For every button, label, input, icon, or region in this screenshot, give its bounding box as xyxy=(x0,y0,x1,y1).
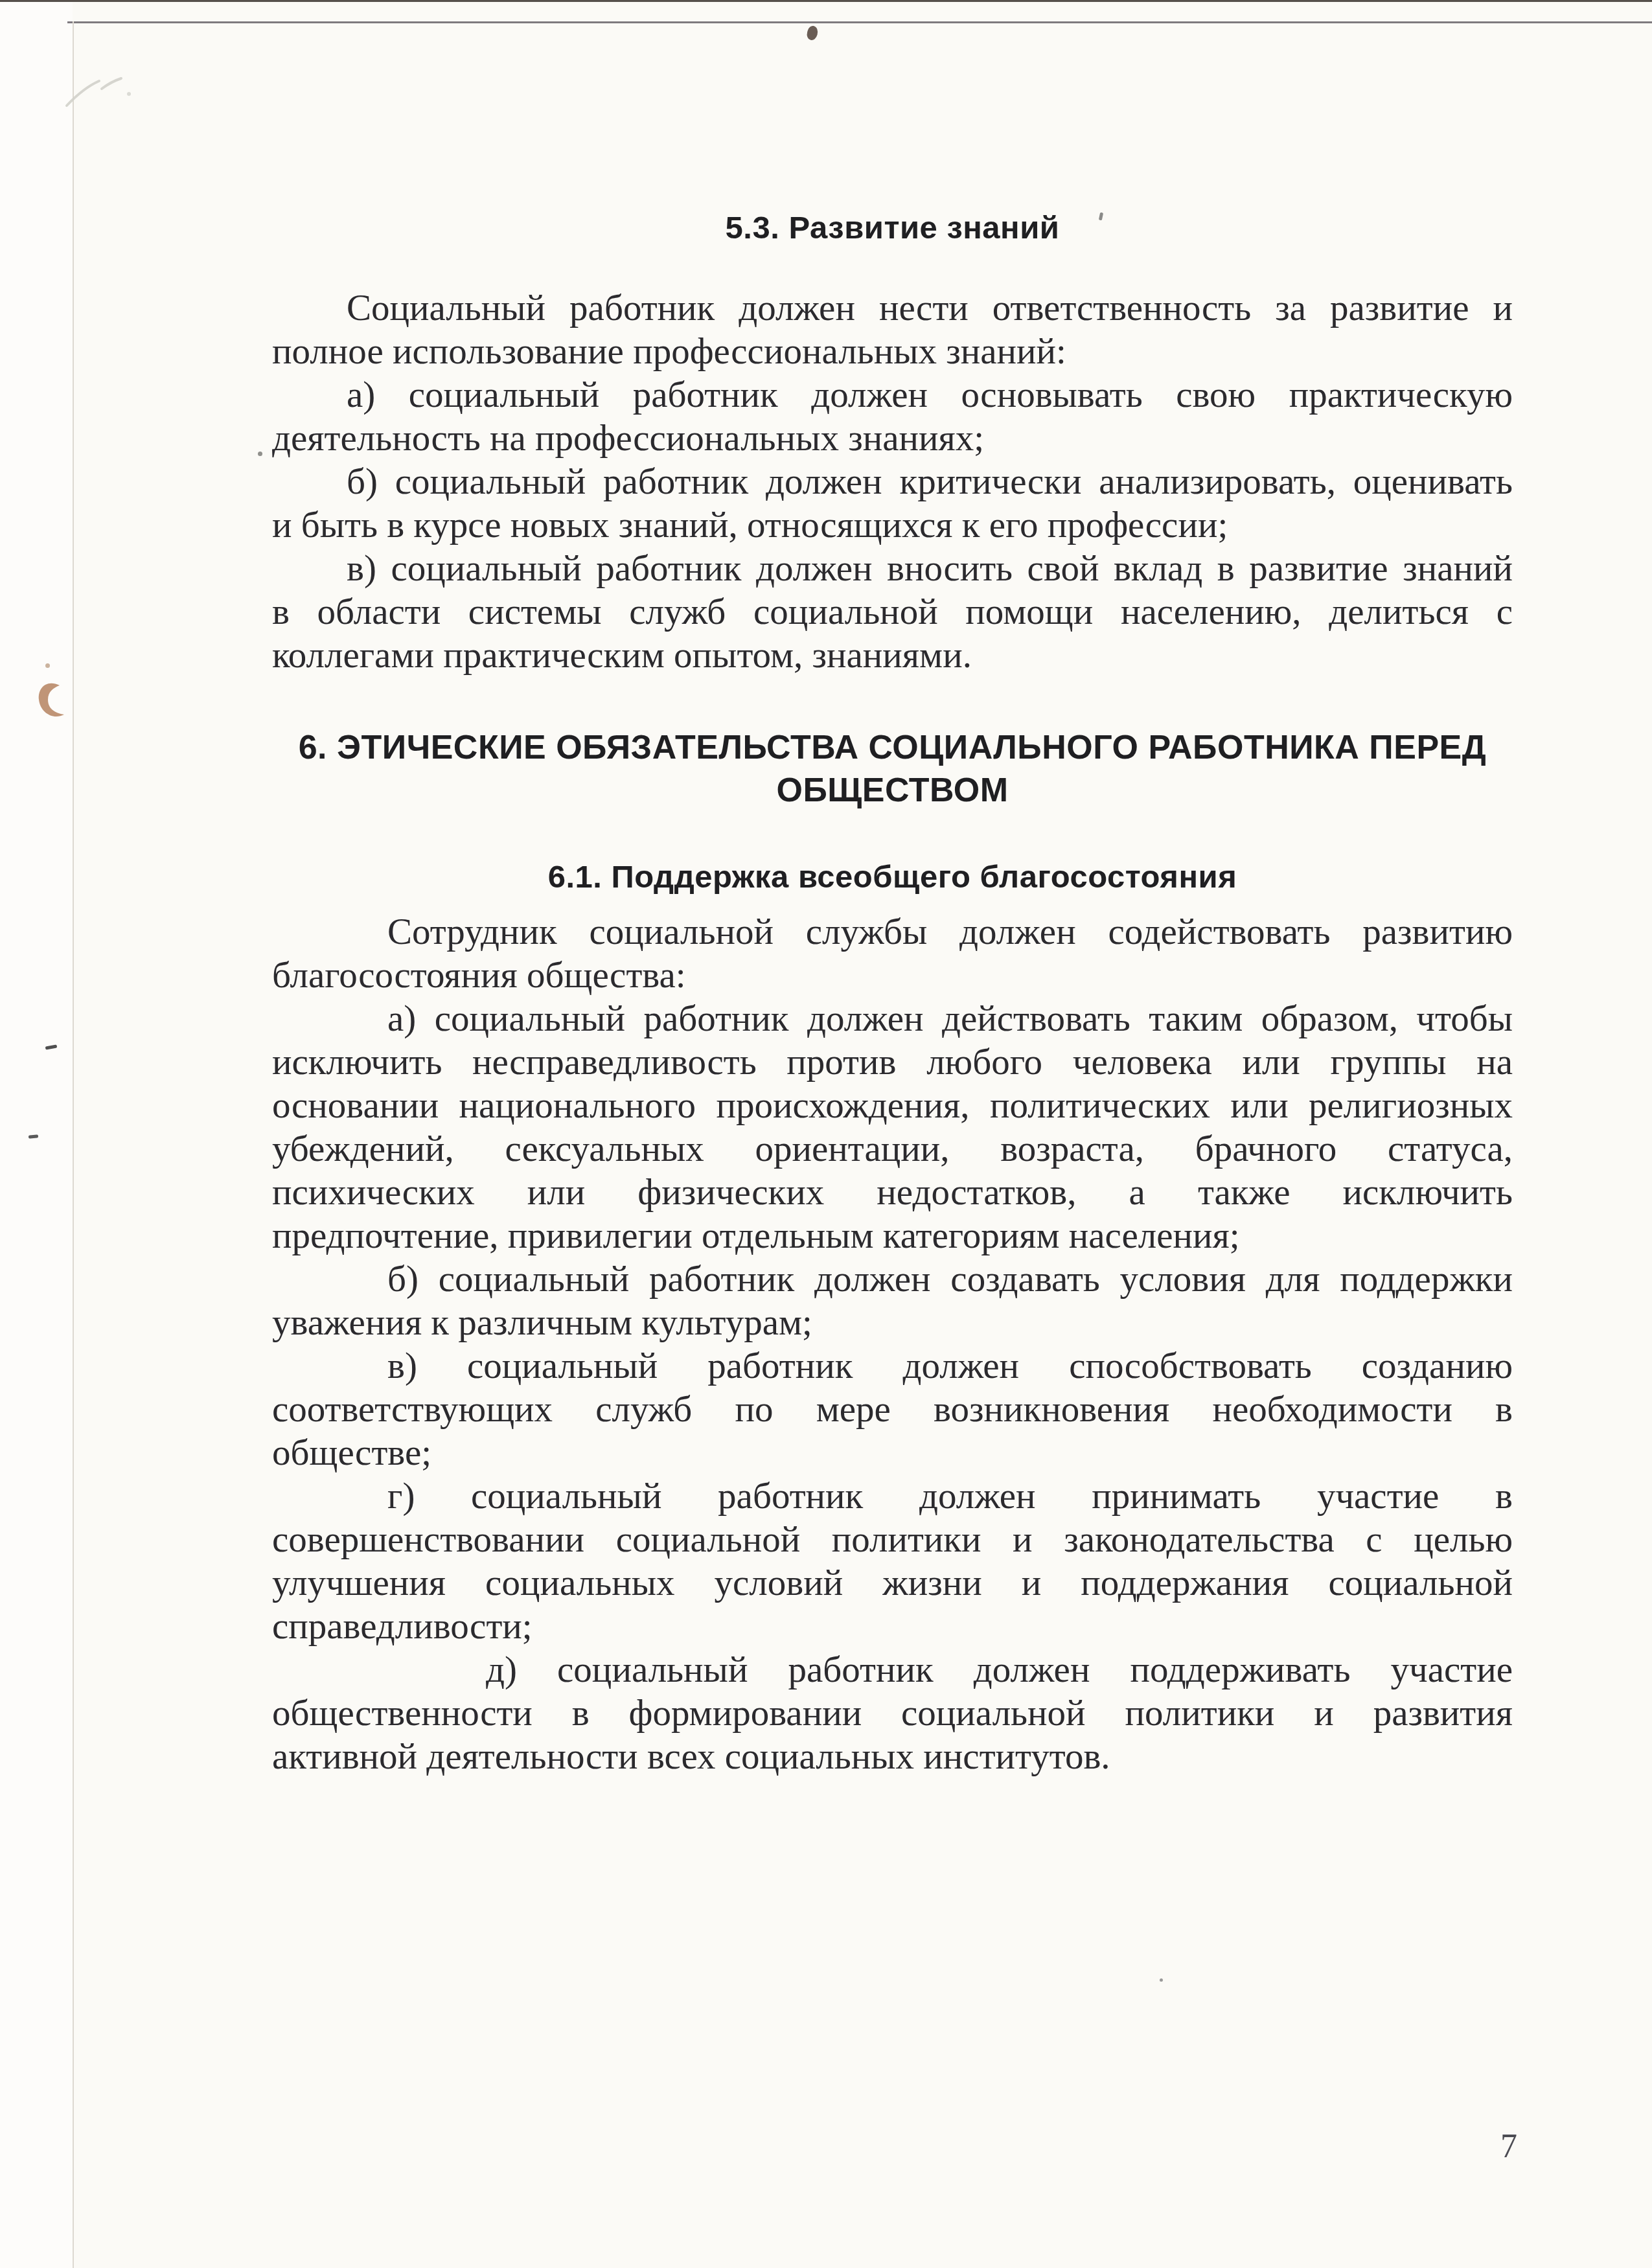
text-line: б) социальный работник должен создавать … xyxy=(272,1257,1513,1301)
paragraph: б) социальный работник должен критически… xyxy=(272,460,1513,547)
text-line: соответствующих служб по мере возникнове… xyxy=(272,1388,1513,1431)
ink-dot xyxy=(258,452,262,456)
page-top-edge-line xyxy=(67,21,1652,23)
text-line: д) социальный работник должен поддержива… xyxy=(272,1648,1513,1691)
text-line: в) социальный работник должен вносить св… xyxy=(272,547,1513,590)
paragraph: в) социальный работник должен способство… xyxy=(272,1344,1513,1474)
heading-6-line1: 6. ЭТИЧЕСКИЕ ОБЯЗАТЕЛЬСТВА СОЦИАЛЬНОГО Р… xyxy=(272,726,1513,769)
paragraph: д) социальный работник должен поддержива… xyxy=(272,1648,1513,1778)
page-left-edge-line xyxy=(73,21,74,2268)
document-content: 5.3. Развитие знаний Социальный работник… xyxy=(272,209,1513,1778)
text-line: справедливости; xyxy=(272,1605,1513,1648)
scanned-document-page: 5.3. Развитие знаний Социальный работник… xyxy=(0,0,1652,2268)
paragraph: а) социальный работник должен действоват… xyxy=(272,997,1513,1257)
page-number: 7 xyxy=(1500,2127,1517,2166)
text-line: г) социальный работник должен принимать … xyxy=(272,1474,1513,1518)
ink-speck-icon xyxy=(805,25,819,41)
text-line: убеждений, сексуальных ориентации, возра… xyxy=(272,1127,1513,1171)
text-line: а) социальный работник должен основывать… xyxy=(272,373,1513,417)
text-line: а) социальный работник должен действоват… xyxy=(272,997,1513,1040)
text-line: коллегами практическим опытом, знаниями. xyxy=(272,634,1513,677)
text-line: деятельность на профессиональных знаниях… xyxy=(272,417,1513,460)
text-line: психических или физических недостатков, … xyxy=(272,1171,1513,1214)
heading-6-line2: ОБЩЕСТВОМ xyxy=(272,769,1513,812)
pencil-mark xyxy=(62,55,146,120)
ink-speck xyxy=(1160,1978,1163,1982)
text-line: улучшения социальных условий жизни и под… xyxy=(272,1561,1513,1605)
paragraph: а) социальный работник должен основывать… xyxy=(272,373,1513,460)
ink-smudge-icon xyxy=(34,678,70,724)
text-line: общественности в формировании социальной… xyxy=(272,1691,1513,1735)
text-line: в) социальный работник должен способство… xyxy=(272,1344,1513,1388)
text-line: Социальный работник должен нести ответст… xyxy=(272,286,1513,330)
text-line: совершенствовании социальной политики и … xyxy=(272,1518,1513,1561)
text-line: предпочтение, привилегии отдельным катег… xyxy=(272,1214,1513,1257)
text-line: обществе; xyxy=(272,1431,1513,1474)
heading-6-1: 6.1. Поддержка всеобщего благосостояния xyxy=(272,858,1513,896)
scanner-edge-line xyxy=(0,0,1652,2)
text-line: в области системы служб социальной помощ… xyxy=(272,590,1513,634)
text-line: уважения к различным культурам; xyxy=(272,1301,1513,1344)
paragraph: Социальный работник должен нести ответст… xyxy=(272,286,1513,373)
text-line: Сотрудник социальной службы должен содей… xyxy=(272,910,1513,954)
text-line: основании национального происхождения, п… xyxy=(272,1084,1513,1127)
text-line: полное использование профессиональных зн… xyxy=(272,330,1513,373)
text-line: исключить несправедливость против любого… xyxy=(272,1040,1513,1084)
paragraph: Сотрудник социальной службы должен содей… xyxy=(272,910,1513,997)
text-line: активной деятельности всех социальных ин… xyxy=(272,1735,1513,1778)
paragraph: в) социальный работник должен вносить св… xyxy=(272,547,1513,677)
text-line: б) социальный работник должен критически… xyxy=(272,460,1513,503)
text-line: и быть в курсе новых знаний, относящихся… xyxy=(272,503,1513,547)
heading-5-3: 5.3. Развитие знаний xyxy=(272,209,1513,247)
text-line: благосостояния общества: xyxy=(272,954,1513,997)
paragraph: г) социальный работник должен принимать … xyxy=(272,1474,1513,1648)
ink-dot xyxy=(45,663,50,668)
paragraph: б) социальный работник должен создавать … xyxy=(272,1257,1513,1344)
